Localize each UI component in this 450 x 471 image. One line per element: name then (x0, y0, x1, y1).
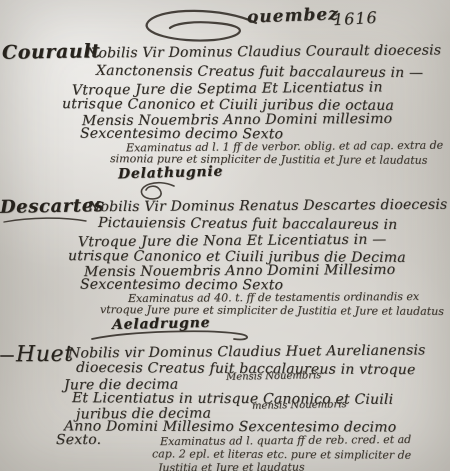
interlinear-note: mensis Nouembris (252, 399, 347, 412)
entry-line: Nobilis vir Dominus Claudius Huet Aureli… (68, 342, 426, 361)
entry-line: Sexto. (56, 432, 101, 448)
interlinear-note: Mensis Nouembris (226, 370, 322, 383)
entry-margin-huet: Huet (16, 342, 74, 368)
entry-line: Nobilis Vir Dominus Renatus Descartes di… (88, 197, 447, 216)
exam-line: Examinatus ad l. quarta ff de reb. cred.… (160, 433, 411, 448)
header-month: ouembez (247, 4, 340, 27)
header-year: 1616 (333, 8, 379, 29)
exam-line: cap. 2 epl. et literas etc. pure et simp… (152, 447, 411, 461)
entry-line: Pictauiensis Creatus fuit baccalaureus i… (98, 215, 397, 233)
entry-line: Xanctonensis Creatus fuit baccalaureus i… (96, 63, 423, 81)
exam-line: Justitia et Jure et laudatus (158, 461, 305, 471)
margin-dash (0, 355, 14, 357)
signature-swash-flourish (88, 327, 260, 343)
descartes-underline-flourish (2, 216, 88, 226)
entry-line: Nobilis Vir Dominus Claudius Courault di… (86, 42, 441, 61)
manuscript-photo: ouembez 1616 Courault Nobilis Vir Dominu… (0, 0, 450, 471)
